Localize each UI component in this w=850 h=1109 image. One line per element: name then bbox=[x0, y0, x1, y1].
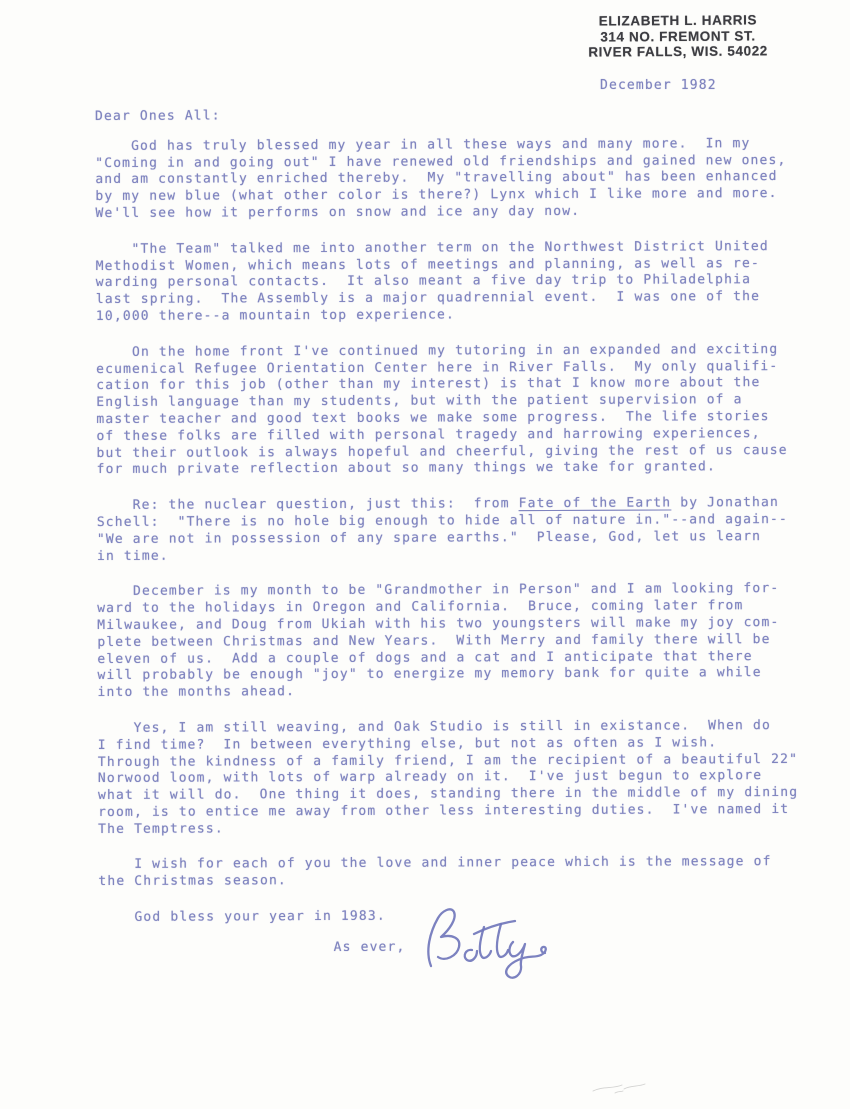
paragraph-blessed-year: God has truly blessed my year in all the… bbox=[95, 136, 815, 223]
sender-street: 314 NO. FREMONT ST. bbox=[570, 28, 786, 45]
valediction: As ever, bbox=[334, 938, 819, 957]
sender-name: ELIZABETH L. HARRIS bbox=[570, 12, 786, 29]
signature-stroke-t2 bbox=[497, 924, 508, 957]
letter-date: December 1982 bbox=[600, 78, 717, 95]
sender-city-state-zip: RIVER FALLS, WIS. 54022 bbox=[570, 43, 786, 60]
pencil-smudge bbox=[585, 1076, 655, 1098]
signature-stroke-tbar bbox=[474, 921, 515, 934]
paragraph-the-team: "The Team" talked me into another term o… bbox=[96, 239, 816, 326]
signature-stroke-y-tail bbox=[506, 942, 546, 978]
paragraph-weaving: Yes, I am still weaving, and Oak Studio … bbox=[98, 718, 819, 839]
sender-address-stamp: ELIZABETH L. HARRIS 314 NO. FREMONT ST. … bbox=[570, 12, 786, 60]
paragraph-4-text-before: Re: the nuclear question, just this: fro… bbox=[97, 496, 519, 513]
salutation: Dear Ones All: bbox=[95, 106, 815, 126]
paragraph-nuclear-question: Re: the nuclear question, just this: fro… bbox=[97, 495, 817, 565]
signature-stroke-B bbox=[428, 909, 459, 966]
letter-body: Dear Ones All: God has truly blessed my … bbox=[95, 106, 819, 958]
paragraph-grandmother: December is my month to be "Grandmother … bbox=[97, 581, 818, 702]
book-title-underlined: Fate of the Earth bbox=[519, 496, 672, 512]
signature-betty bbox=[416, 900, 561, 992]
scanned-letter-page: ELIZABETH L. HARRIS 314 NO. FREMONT ST. … bbox=[0, 0, 850, 1109]
paragraph-tutoring: On the home front I've continued my tuto… bbox=[96, 342, 817, 480]
paragraph-christmas-wish: I wish for each of you the love and inne… bbox=[98, 854, 818, 891]
signature-stroke-e bbox=[465, 950, 477, 961]
